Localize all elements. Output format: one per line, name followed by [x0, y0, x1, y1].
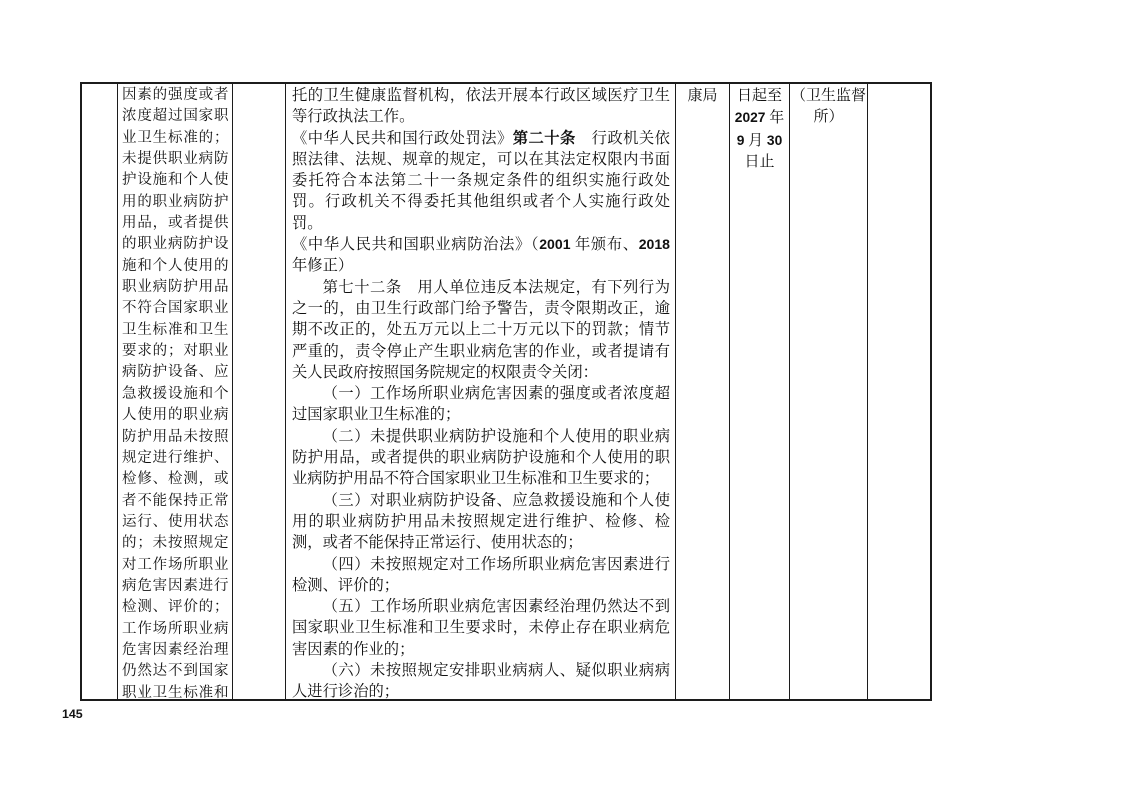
violation-items-cell: 因素的强度或者浓度超过国家职业卫生标准的；未提供职业病防护设施和个人使用的职业病…: [118, 84, 233, 699]
implementing-agency-text: 康局: [676, 84, 729, 107]
legal-basis-cell: 托的卫生健康监督机构，依法开展本行政区域医疗卫生等行政执法工作。《中华人民共和国…: [286, 84, 676, 699]
validity-period-text: 日起至 2027 年 9 月 30 日止: [730, 84, 789, 173]
regulation-table: 因素的强度或者浓度超过国家职业卫生标准的；未提供职业病防护设施和个人使用的职业病…: [80, 82, 932, 701]
serial-number-cell: [82, 84, 118, 699]
violation-items-text: 因素的强度或者浓度超过国家职业卫生标准的；未提供职业病防护设施和个人使用的职业病…: [118, 84, 232, 699]
legal-basis-text: 托的卫生健康监督机构，依法开展本行政区域医疗卫生等行政执法工作。《中华人民共和国…: [286, 84, 675, 699]
implementing-agency-cell: 康局: [676, 84, 730, 699]
document-page: 因素的强度或者浓度超过国家职业卫生标准的；未提供职业病防护设施和个人使用的职业病…: [0, 0, 1122, 793]
supervision-office-text: （卫生监督所）: [790, 84, 867, 129]
page-number: 145: [62, 706, 83, 721]
remarks-cell: [868, 84, 930, 699]
supervision-office-cell: （卫生监督所）: [790, 84, 868, 699]
validity-period-cell: 日起至 2027 年 9 月 30 日止: [730, 84, 790, 699]
spacer-cell: [233, 84, 286, 699]
